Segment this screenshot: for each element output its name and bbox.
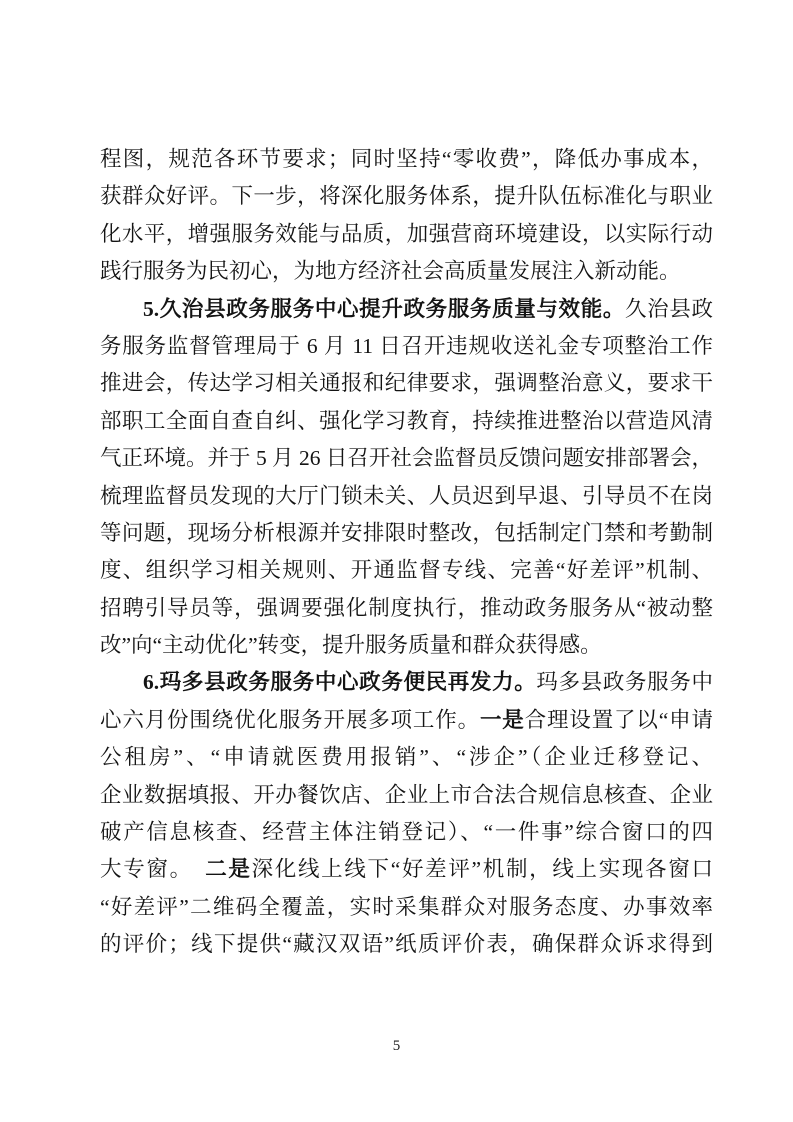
- text-line: 的评价；线下提供“藏汉双语”纸质评价表，确保群众诉求得到: [100, 926, 713, 963]
- line-text: 气正环境。并于 5 月 26 日召开社会监督员反馈问题安排部署会，: [100, 446, 713, 470]
- text-line: 改”向“主动优化”转变，提升服务质量和群众获得感。: [100, 627, 713, 664]
- page-number: 5: [0, 1036, 793, 1056]
- text-line: 等问题，现场分析根源并安排限时整改，包括制定门禁和考勤制: [100, 515, 713, 552]
- text-line: 程图，规范各环节要求；同时坚持“零收费”，降低办事成本，: [100, 141, 713, 178]
- text-line: 部职工全面自查自纠、强化学习教育，持续推进整治以营造风清: [100, 403, 713, 440]
- line-text: 务服务监督管理局于 6 月 11 日召开违规收送礼金专项整治工作: [100, 334, 713, 358]
- line-text: 大专窗。: [100, 857, 205, 881]
- item-6-heading-line: 6.玛多县政务服务中心政务便民再发力。玛多县政务服务中: [100, 664, 713, 701]
- line-text: 心六月份围绕优化服务开展多项工作。: [100, 708, 480, 732]
- line-text: 的评价；线下提供“藏汉双语”纸质评价表，确保群众诉求得到: [100, 932, 713, 956]
- line-text: 企业数据填报、开办餐饮店、企业上市合法合规信息核查、企业: [100, 783, 713, 807]
- text-line: 心六月份围绕优化服务开展多项工作。一是合理设置了以“申请: [100, 702, 713, 739]
- line-text: 破产信息核查、经营主体注销登记）、“一件事”综合窗口的四: [100, 820, 713, 844]
- text-line: 公租房”、“申请就医费用报销”、“涉企”（企业迁移登记、: [100, 739, 713, 776]
- text-line: 务服务监督管理局于 6 月 11 日召开违规收送礼金专项整治工作: [100, 328, 713, 365]
- line-text: 改”向“主动优化”转变，提升服务质量和群众获得感。: [100, 633, 602, 657]
- text-line: 气正环境。并于 5 月 26 日召开社会监督员反馈问题安排部署会，: [100, 440, 713, 477]
- line-text: 深化线上线下“好差评”机制，线上实现各窗口: [252, 857, 713, 881]
- line-text: 久治县政: [625, 297, 713, 321]
- line-text: 化水平，增强服务效能与品质，加强营商环境建设，以实际行动: [100, 222, 713, 246]
- document-text-block: 程图，规范各环节要求；同时坚持“零收费”，降低办事成本， 获群众好评。下一步，将…: [100, 141, 713, 964]
- item-5-heading: 5.久治县政务服务中心提升政务服务质量与效能。: [143, 297, 625, 321]
- line-text: 程图，规范各环节要求；同时坚持“零收费”，降低办事成本，: [100, 147, 713, 171]
- line-text: 践行服务为民初心，为地方经济社会高质量发展注入新动能。: [100, 259, 681, 283]
- line-text: 度、组织学习相关规则、开通监督专线、完善“好差评”机制、: [100, 558, 713, 582]
- text-line: 践行服务为民初心，为地方经济社会高质量发展注入新动能。: [100, 253, 713, 290]
- text-line: 梳理监督员发现的大厅门锁未关、人员迟到早退、引导员不在岗: [100, 478, 713, 515]
- line-text: 招聘引导员等，强调要强化制度执行，推动政务服务从“被动整: [100, 596, 713, 620]
- item-6-heading: 6.玛多县政务服务中心政务便民再发力。: [143, 670, 536, 694]
- text-line: “好差评”二维码全覆盖，实时采集群众对服务态度、办事效率: [100, 889, 713, 926]
- line-text: 部职工全面自查自纠、强化学习教育，持续推进整治以营造风清: [100, 409, 713, 433]
- text-line: 大专窗。 二是深化线上线下“好差评”机制，线上实现各窗口: [100, 851, 713, 888]
- text-line: 企业数据填报、开办餐饮店、企业上市合法合规信息核查、企业: [100, 777, 713, 814]
- point-one-label: 一是: [480, 708, 525, 732]
- text-line: 招聘引导员等，强调要强化制度执行，推动政务服务从“被动整: [100, 590, 713, 627]
- line-text: 梳理监督员发现的大厅门锁未关、人员迟到早退、引导员不在岗: [100, 484, 713, 508]
- line-text: 公租房”、“申请就医费用报销”、“涉企”（企业迁移登记、: [100, 745, 713, 769]
- text-line: 获群众好评。下一步，将深化服务体系，提升队伍标准化与职业: [100, 178, 713, 215]
- text-line: 度、组织学习相关规则、开通监督专线、完善“好差评”机制、: [100, 552, 713, 589]
- line-text: 等问题，现场分析根源并安排限时整改，包括制定门禁和考勤制: [100, 521, 713, 545]
- item-5-heading-line: 5.久治县政务服务中心提升政务服务质量与效能。久治县政: [100, 291, 713, 328]
- line-text: 获群众好评。下一步，将深化服务体系，提升队伍标准化与职业: [100, 184, 713, 208]
- line-text: 玛多县政务服务中: [536, 670, 713, 694]
- line-text: “好差评”二维码全覆盖，实时采集群众对服务态度、办事效率: [100, 895, 713, 919]
- text-line: 化水平，增强服务效能与品质，加强营商环境建设，以实际行动: [100, 216, 713, 253]
- line-text: 合理设置了以“申请: [525, 708, 713, 732]
- line-text: 推进会，传达学习相关通报和纪律要求，强调整治意义，要求干: [100, 371, 713, 395]
- text-line: 推进会，传达学习相关通报和纪律要求，强调整治意义，要求干: [100, 365, 713, 402]
- point-two-label: 二是: [205, 857, 251, 881]
- text-line: 破产信息核查、经营主体注销登记）、“一件事”综合窗口的四: [100, 814, 713, 851]
